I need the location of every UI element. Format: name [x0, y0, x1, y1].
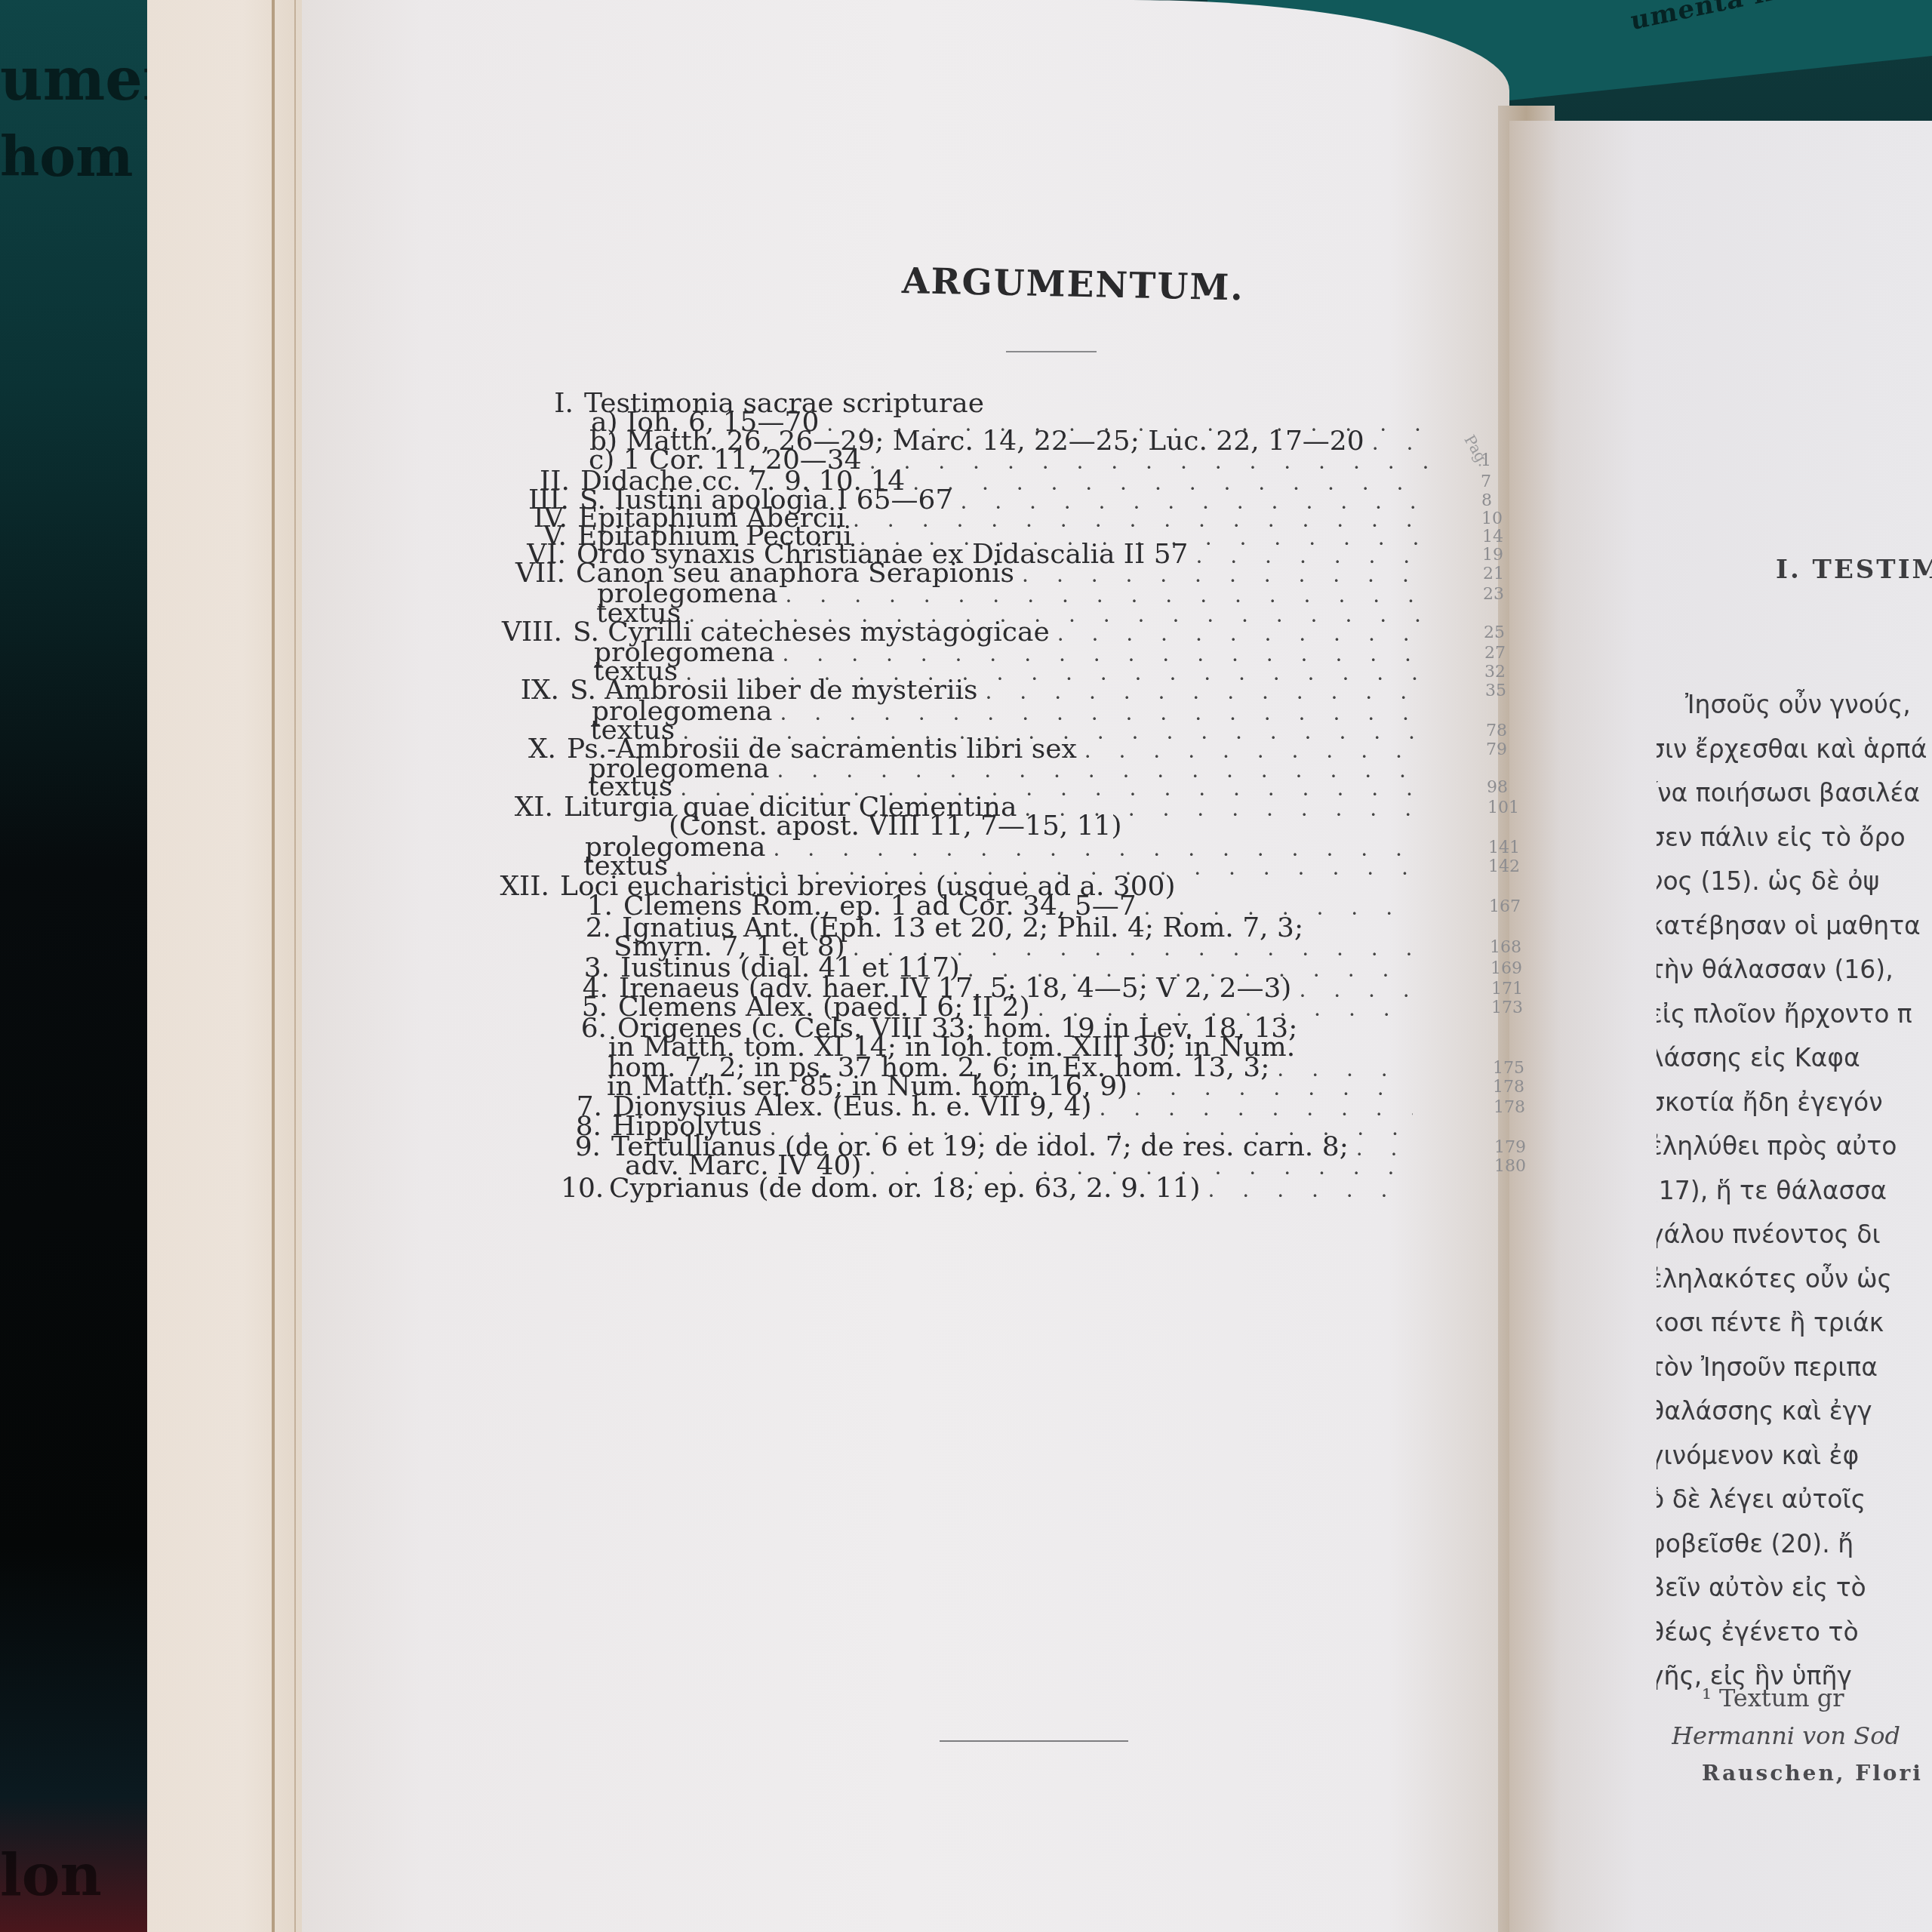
toc-entry-number: VII. — [475, 558, 565, 589]
toc-page-number: 101 — [1487, 798, 1519, 817]
toc-entry: 10.Cyprianus (de dom. or. 18; ep. 63, 2.… — [561, 1174, 1411, 1205]
toc-entry-number: I. — [483, 389, 574, 419]
toc-page-number: 27 — [1484, 644, 1506, 663]
cover-text-fragment: hom — [0, 125, 162, 189]
toc-page-number: 167 — [1489, 897, 1521, 916]
toc-page-number: 19 — [1482, 546, 1503, 565]
toc-page-number: 79 — [1486, 740, 1507, 759]
toc-page-number: 35 — [1485, 681, 1506, 700]
page-edge-line — [294, 0, 296, 1932]
toc-page-number: 171 — [1491, 980, 1523, 998]
toc-page-number: 178 — [1493, 1078, 1524, 1097]
toc-entry-number: 9. — [563, 1132, 601, 1162]
footnote-line: ¹ Textum gr — [1672, 1679, 1932, 1717]
title-divider — [1006, 351, 1097, 352]
page-stack-edge — [147, 0, 306, 1932]
greek-text-line: εἰς πλοῖον ἤρχοντο π — [1657, 992, 1932, 1037]
toc-page-number: 8 — [1481, 491, 1492, 510]
greek-text-line: Ἰησοῦς οὖν γνούς, — [1657, 683, 1932, 728]
toc-page-number: 98 — [1487, 778, 1508, 797]
greek-text-block: Ἰησοῦς οὖν γνούς,σιν ἔρχεσθαι καὶ ἁρπάἵν… — [1657, 683, 1932, 1699]
toc-entry-number: 10. — [561, 1174, 598, 1204]
greek-text-line: σεν πάλιν εἰς τὸ ὄρο — [1657, 816, 1932, 860]
greek-text-line: γάλου πνέοντος δι — [1657, 1213, 1932, 1257]
greek-text-line: κοσι πέντε ἢ τριάκ — [1657, 1301, 1932, 1346]
page-title: ARGUMENTUM. — [901, 260, 1244, 309]
page-edge-line — [272, 0, 275, 1932]
bottom-divider — [940, 1740, 1128, 1742]
greek-text-line: θαλάσσης καὶ ἐγγ — [1657, 1389, 1932, 1434]
greek-text-line: (17), ἥ τε θάλασσα — [1657, 1169, 1932, 1214]
toc-page-number: 21 — [1483, 565, 1504, 583]
greek-text-line: κατέβησαν οἱ μαθητα — [1657, 904, 1932, 949]
toc-page-number: 10 — [1481, 509, 1503, 528]
greek-text-line: τὸν Ἰησοῦν περιπα — [1657, 1346, 1932, 1390]
toc-page-number: 23 — [1483, 585, 1504, 604]
greek-text-line: θέως ἐγένετο τὸ — [1657, 1611, 1932, 1655]
greek-text-line: νος (15). ὡς δὲ ὀψ — [1657, 860, 1932, 904]
cover-title-fragment: umenta instruxit — [1629, 0, 1885, 36]
toc-page-number: 14 — [1482, 528, 1503, 546]
photo-scene: umen hom lon umenta instruxit ARGUMENTUM… — [0, 0, 1932, 1932]
toc-page-number: 7 — [1481, 472, 1491, 491]
footnote: ¹ Textum gr Hermanni von Sod Rauschen, F… — [1672, 1679, 1932, 1792]
toc-page-number: 180 — [1494, 1157, 1526, 1176]
toc-page-number: 175 — [1493, 1059, 1524, 1078]
toc-entry-text: Cyprianus (de dom. or. 18; ep. 63, 2. 9.… — [609, 1174, 1201, 1204]
toc-page-number: 169 — [1491, 959, 1522, 978]
toc-page-number: 168 — [1490, 938, 1521, 957]
right-page-heading: I. TESTIM — [1776, 555, 1932, 585]
toc-entry-number: XI. — [463, 792, 553, 823]
greek-text-line: γινόμενον καὶ ἐφ — [1657, 1434, 1932, 1478]
footnote-line: Rauschen, Flori — [1702, 1755, 1932, 1792]
toc-page-number: 173 — [1491, 998, 1523, 1017]
background-book-cover-left: umen hom lon — [0, 0, 162, 1932]
greek-text-line: ὁ δὲ λέγει αὐτοῖς — [1657, 1478, 1932, 1522]
toc-entry-number: XII. — [459, 872, 549, 902]
cover-text-fragment: lon — [0, 1841, 162, 1909]
toc-page-number: 25 — [1484, 623, 1505, 642]
toc-entry-number: IX. — [469, 675, 559, 706]
greek-text-line: φοβεῖσθε (20). ἤ — [1657, 1522, 1932, 1567]
toc-page-number: 141 — [1488, 838, 1520, 857]
toc-page-number: 32 — [1484, 663, 1506, 681]
toc-entry-number: VIII. — [472, 617, 562, 648]
greek-text-line: βεῖν αὐτὸν εἰς τὸ — [1657, 1566, 1932, 1611]
greek-text-line: ἵνα ποιήσωσι βασιλέα — [1657, 771, 1932, 816]
toc-page-number: 179 — [1494, 1138, 1526, 1157]
greek-text-line: ἐληλύθει πρὸς αὐτο — [1657, 1124, 1932, 1169]
toc-page-number: 1 — [1481, 451, 1491, 470]
greek-text-line: ἐληλακότες οὖν ὡς — [1657, 1257, 1932, 1302]
greek-text-line: τὴν θάλασσαν (16), — [1657, 948, 1932, 992]
toc-entry-number: X. — [466, 734, 556, 764]
toc-page-number: 142 — [1488, 857, 1520, 876]
footnote-line: Hermanni von Sod — [1672, 1717, 1932, 1755]
dot-leader: . . . . . . . . . . . . . . . . . . . . … — [1208, 1175, 1411, 1205]
greek-text-line: σιν ἔρχεσθαι καὶ ἁρπά — [1657, 728, 1932, 772]
toc-page-number: 78 — [1486, 721, 1507, 740]
toc-page-number: 178 — [1494, 1098, 1525, 1117]
greek-text-line: σκοτία ἤδη ἐγεγόν — [1657, 1081, 1932, 1125]
greek-text-line: λάσσης εἰς Καφα — [1657, 1036, 1932, 1081]
cover-text-fragment: umen — [0, 45, 162, 114]
